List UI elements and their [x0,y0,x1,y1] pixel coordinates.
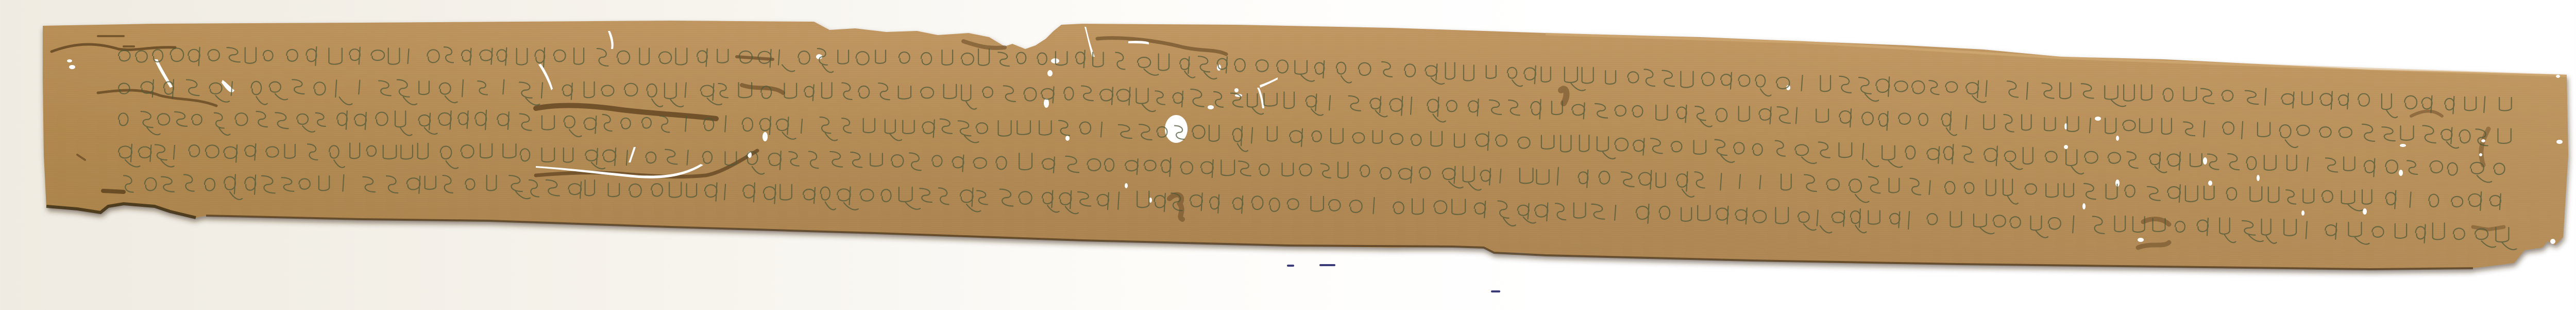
manuscript-photo: Inscribed palm-leaf manuscript folio [0,0,2576,310]
palm-leaf [43,21,2568,269]
pen-marks [1288,265,1499,291]
